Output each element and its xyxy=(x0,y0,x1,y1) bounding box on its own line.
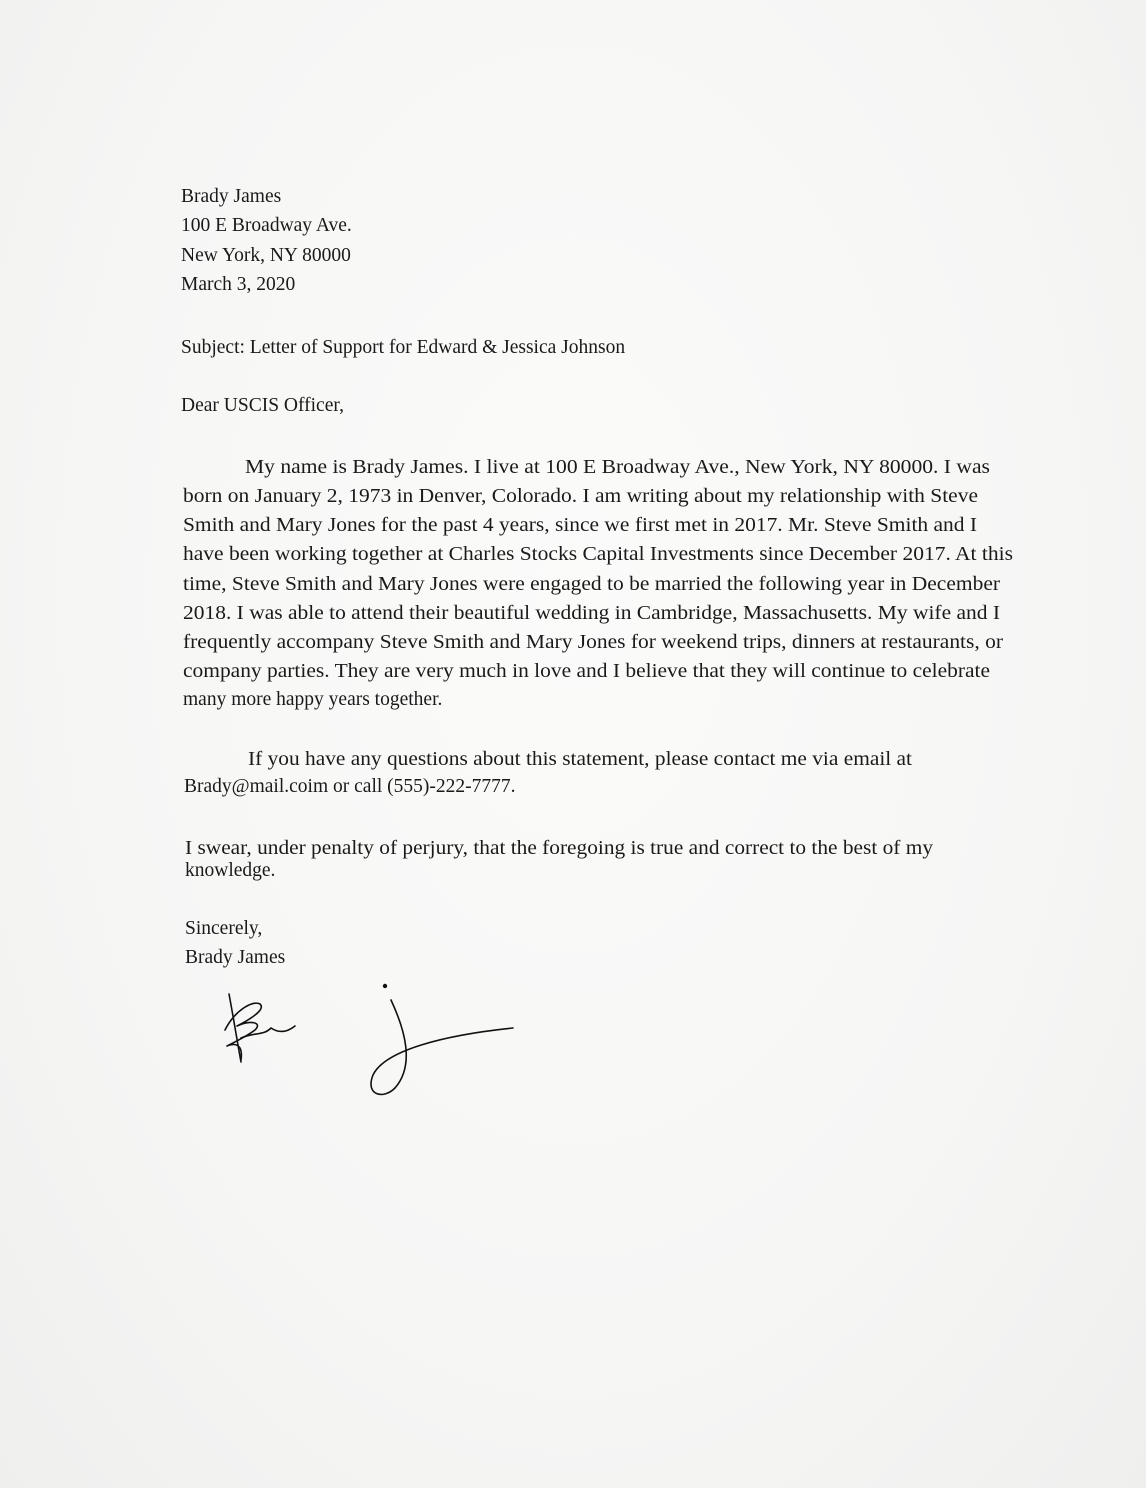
letter-subject: Subject: Letter of Support for Edward & … xyxy=(181,337,625,359)
letter-page: Brady James 100 E Broadway Ave. New York… xyxy=(0,0,1146,1488)
signature-name: Brady James xyxy=(185,947,285,969)
contact-line: Brady@mail.coim or call (555)-222-7777. xyxy=(184,776,516,798)
sender-address-line1: 100 E Broadway Ave. xyxy=(181,215,352,237)
paragraph-line: My name is Brady James. I live at 100 E … xyxy=(245,457,990,479)
salutation: Dear USCIS Officer, xyxy=(181,395,344,417)
paragraph-line: have been working together at Charles St… xyxy=(183,544,1013,566)
paragraph-line: knowledge. xyxy=(185,860,275,882)
sender-address-line2: New York, NY 80000 xyxy=(181,245,351,267)
paragraph-line: 2018. I was able to attend their beautif… xyxy=(183,603,1000,625)
paragraph-line: I swear, under penalty of perjury, that … xyxy=(185,838,933,860)
letter-date: March 3, 2020 xyxy=(181,274,295,296)
paragraph-line: born on January 2, 1973 in Denver, Color… xyxy=(183,486,978,508)
paragraph-line: many more happy years together. xyxy=(183,689,442,711)
paragraph-line: company parties. They are very much in l… xyxy=(183,661,990,683)
sender-name: Brady James xyxy=(181,186,281,208)
paragraph-line: frequently accompany Steve Smith and Mar… xyxy=(183,632,1003,654)
paragraph-line: Smith and Mary Jones for the past 4 year… xyxy=(183,515,977,537)
paragraph-line: If you have any questions about this sta… xyxy=(248,749,912,771)
paragraph-line: time, Steve Smith and Mary Jones were en… xyxy=(183,574,1000,596)
handwritten-signature-icon xyxy=(215,970,535,1110)
closing: Sincerely, xyxy=(185,918,262,940)
